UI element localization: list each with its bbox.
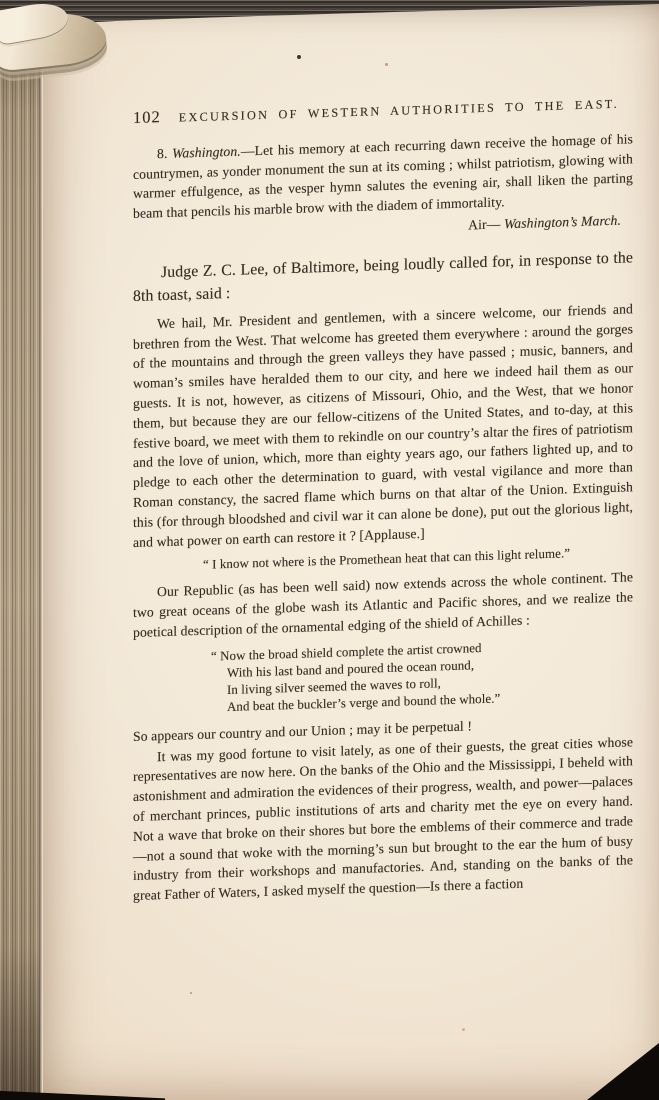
air-title: Washington’s March. bbox=[504, 213, 621, 232]
paper-speck bbox=[297, 55, 301, 59]
page-number: 102 bbox=[133, 107, 161, 128]
paper-speck bbox=[462, 1028, 465, 1031]
speech-intro: Judge Z. C. Lee, of Baltimore, being lou… bbox=[133, 246, 633, 308]
speech-paragraph-1: We hail, Mr. President and gentlemen, wi… bbox=[133, 299, 633, 552]
achilles-shield-verse: “ Now the broad shield complete the arti… bbox=[227, 635, 633, 716]
toast-title: Washington. bbox=[172, 143, 241, 160]
paper-speck bbox=[385, 63, 388, 66]
book-fore-edge-pages bbox=[0, 0, 42, 1100]
paper-speck bbox=[190, 992, 192, 994]
scanned-book-page-photo: 102 EXCURSION OF WESTERN AUTHORITIES TO … bbox=[0, 0, 659, 1100]
toast-paragraph: 8. Washington.—Let his memory at each re… bbox=[133, 129, 633, 224]
air-label: Air— bbox=[468, 216, 500, 232]
speech-paragraph-2: Our Republic (as has been well said) now… bbox=[133, 568, 633, 643]
speech-paragraph-4: It was my good fortune to visit lately, … bbox=[133, 732, 633, 906]
printed-text-block: 102 EXCURSION OF WESTERN AUTHORITIES TO … bbox=[133, 92, 633, 906]
toast-number: 8. bbox=[157, 146, 167, 161]
